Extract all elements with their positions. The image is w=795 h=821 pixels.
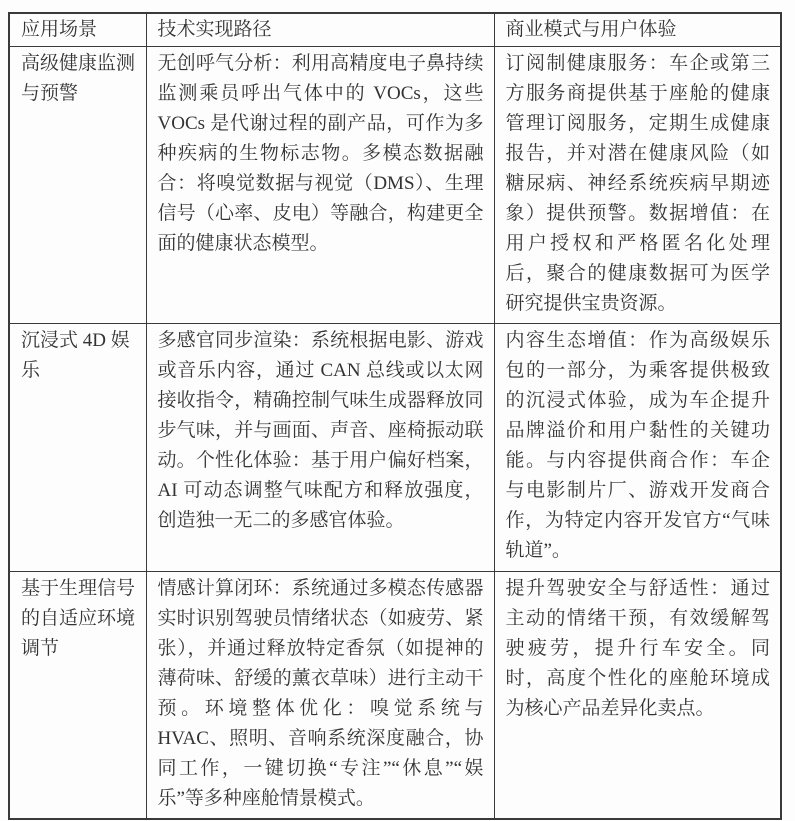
table-row-health-monitoring: 高级健康监测与预警 无创呼气分析：利用高精度电子鼻持续监测乘员呼出气体中的 VO…: [9, 46, 781, 323]
table-row-4d-entertainment: 沉浸式 4D 娱乐 多感官同步渲染：系统根据电影、游戏或音乐内容，通过 CAN …: [9, 323, 781, 571]
header-cell-technical-path: 技术实现路径: [146, 13, 494, 46]
cell-row2-tech: 多感官同步渲染：系统根据电影、游戏或音乐内容，通过 CAN 总线或以太网接收指令…: [146, 323, 494, 571]
cell-row3-tech: 情感计算闭环：系统通过多模态传感器实时识别驾驶员情绪状态（如疲劳、紧张），并通过…: [146, 571, 494, 819]
cell-row2-scenario: 沉浸式 4D 娱乐: [9, 323, 146, 571]
header-cell-business-model: 商业模式与用户体验: [494, 13, 781, 46]
cell-row1-tech: 无创呼气分析：利用高精度电子鼻持续监测乘员呼出气体中的 VOCs，这些 VOCs…: [146, 46, 494, 323]
header-cell-application-scenario: 应用场景: [9, 13, 146, 46]
document-page: 应用场景 技术实现路径 商业模式与用户体验 高级健康监测与预警 无创呼气分析：利…: [0, 0, 795, 821]
table-header-row: 应用场景 技术实现路径 商业模式与用户体验: [9, 13, 781, 46]
cell-row1-scenario: 高级健康监测与预警: [9, 46, 146, 323]
scenario-comparison-table: 应用场景 技术实现路径 商业模式与用户体验 高级健康监测与预警 无创呼气分析：利…: [8, 12, 782, 820]
cell-row2-business: 内容生态增值：作为高级娱乐包的一部分，为乘客提供极致的沉浸式体验，成为车企提升品…: [494, 323, 781, 571]
cell-row3-business: 提升驾驶安全与舒适性：通过主动的情绪干预，有效缓解驾驶疲劳，提升行车安全。同时，…: [494, 571, 781, 819]
cell-row1-business: 订阅制健康服务：车企或第三方服务商提供基于座舱的健康管理订阅服务，定期生成健康报…: [494, 46, 781, 323]
cell-row3-scenario: 基于生理信号的自适应环境调节: [9, 571, 146, 819]
table-row-adaptive-environment: 基于生理信号的自适应环境调节 情感计算闭环：系统通过多模态传感器实时识别驾驶员情…: [9, 571, 781, 819]
